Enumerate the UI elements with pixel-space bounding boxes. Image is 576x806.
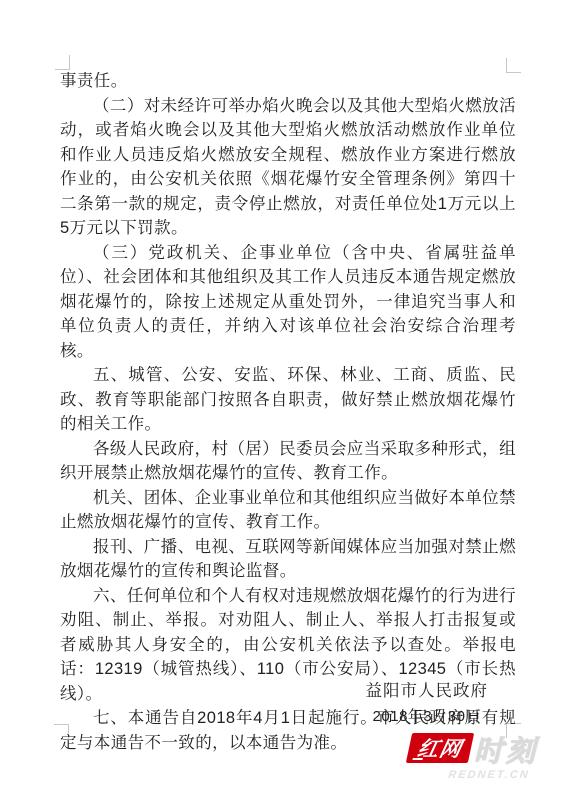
rednet-logo-dash (412, 758, 422, 760)
rednet-logo-secondary-text: 时刻 (474, 729, 538, 770)
document-body: 事责任。 （二）对未经许可举办焰火晚会以及其他大型焰火燃放活动，或者焰火晚会以及… (60, 69, 516, 755)
paragraph-organizations: 机关、团体、企业事业单位和其他组织应当做好本单位禁止燃放烟花爆竹的宣传、教育工作… (60, 486, 516, 535)
paragraph-item-3: （三）党政机关、企事业单位（含中央、省属驻益单位）、社会团体和其他组织及其工作人… (60, 241, 516, 364)
paragraph-section-5: 五、城管、公安、安监、环保、林业、工商、质监、民政、教育等职能部门按照各自职责，… (60, 363, 516, 437)
signature-block: 益阳市人民政府 2018年3月30日 (366, 679, 489, 729)
paragraph-item-2: （二）对未经许可举办焰火晚会以及其他大型焰火燃放活动，或者焰火晚会以及其他大型焰… (60, 94, 516, 241)
paragraph-media: 报刊、广播、电视、互联网等新闻媒体应当加强对禁止燃放烟花爆竹的宣传和舆论监督。 (60, 535, 516, 584)
crop-mark-top-left-icon (55, 55, 70, 70)
paragraph-governments: 各级人民政府，村（居）民委员会应当采取多种形式，组织开展禁止燃放烟花爆竹的宣传、… (60, 437, 516, 486)
signature-date: 2018年3月30日 (366, 704, 489, 729)
signature-issuer: 益阳市人民政府 (366, 679, 489, 704)
rednet-logo-domain-text: REDNET.CN (425, 769, 552, 781)
rednet-logo-red-box: 红网 (406, 733, 474, 763)
paragraph-continuation: 事责任。 (60, 69, 516, 94)
rednet-watermark-logo: 红网 时刻 REDNET.CN (406, 728, 570, 784)
notice-document-page: 事责任。 （二）对未经许可举办焰火晚会以及其他大型焰火燃放活动，或者焰火晚会以及… (0, 0, 576, 806)
